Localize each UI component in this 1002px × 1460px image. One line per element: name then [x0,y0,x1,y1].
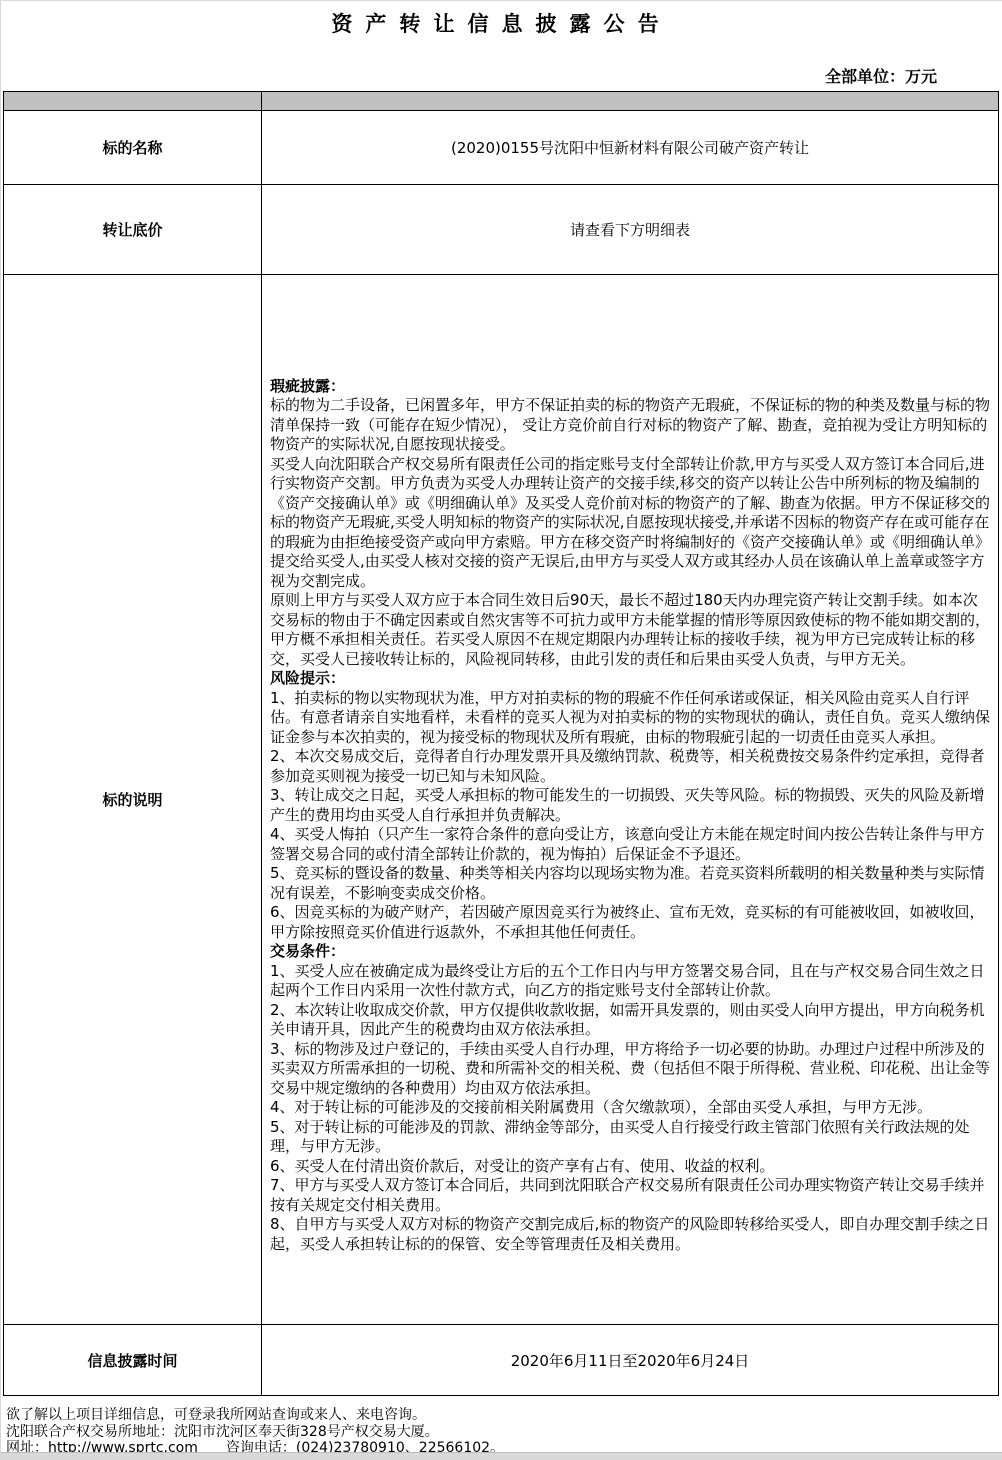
description-paragraph: 4、买受人悔拍（只产生一家符合条件的意向受让方，该意向受让方未能在规定时间内按公… [270,825,992,864]
subject-description-content: 瑕疵披露：标的物为二手设备，已闲置多年，甲方不保证拍卖的标的物资产无瑕疵，不保证… [270,377,992,1255]
announcement-table: 标的名称 (2020)0155号沈阳中恒新材料有限公司破产资产转让 转让底价 请… [3,91,999,1396]
description-paragraph: 6、买受人在付清出资价款后，对受让的资产享有占有、使用、收益的权利。 [270,1157,992,1177]
header-cell-label [4,92,262,111]
description-paragraph: 5、对于转让标的可能涉及的罚款、滞纳金等部分，由买受人自行接受行政主管部门依照有… [270,1118,992,1157]
description-paragraph: 3、标的物涉及过户登记的，手续由买受人自行办理，甲方将给予一切必要的协助。办理过… [270,1040,992,1099]
subject-name-label: 标的名称 [4,111,262,185]
table-header-row [4,92,999,111]
footer-note-line: 欲了解以上项目详细信息，可登录我所网站查询或来人、来电咨询。 [6,1407,1002,1424]
description-paragraph: 1、买受人应在被确定成为最终受让方后的五个工作日内与甲方签署交易合同，且在与产权… [270,962,992,1001]
footer-address-line: 沈阳联合产权交易所地址：沈阳市沈河区奉天街328号产权交易大厦。 [6,1424,1002,1441]
description-paragraph: 1、拍卖标的物以实物现状为准，甲方对拍卖标的物的瑕疵不作任何承诺或保证，相关风险… [270,689,992,748]
description-paragraph: 2、本次转让收取成交价款，甲方仅提供收款收据，如需开具发票的，则由买受人向甲方提… [270,1001,992,1040]
contact-footer: 欲了解以上项目详细信息，可登录我所网站查询或来人、来电咨询。 沈阳联合产权交易所… [1,1407,1002,1457]
description-paragraph: 4、对于转让标的可能涉及的交接前相关附属费用（含欠缴款项），全部由买受人承担，与… [270,1098,992,1118]
description-paragraph: 原则上甲方与买受人双方应于本合同生效日后90天，最长不超过180天内办理完资产转… [270,591,992,669]
subject-description-label: 标的说明 [4,275,262,1325]
description-paragraph: 2、本次交易成交后，竞得者自行办理发票开具及缴纳罚款、税费等，相关税费按交易条件… [270,747,992,786]
description-section-heading: 瑕疵披露： [270,377,992,397]
row-disclosure-period: 信息披露时间 2020年6月11日至2020年6月24日 [4,1325,999,1396]
description-paragraph: 3、转让成交之日起，买受人承担标的物可能发生的一切损毁、灭失等风险。标的物损毁、… [270,786,992,825]
subject-name-value: (2020)0155号沈阳中恒新材料有限公司破产资产转让 [262,111,999,185]
row-base-price: 转让底价 请查看下方明细表 [4,185,999,275]
base-price-label: 转让底价 [4,185,262,275]
base-price-value: 请查看下方明细表 [262,185,999,275]
description-section-heading: 风险提示： [270,669,992,689]
subject-description-cell: 瑕疵披露：标的物为二手设备，已闲置多年，甲方不保证拍卖的标的物资产无瑕疵，不保证… [262,275,999,1325]
disclosure-period-value: 2020年6月11日至2020年6月24日 [262,1325,999,1396]
description-paragraph: 买受人向沈阳联合产权交易所有限责任公司的指定账号支付全部转让价款,甲方与买受人双… [270,455,992,592]
description-paragraph: 6、因竞买标的为破产财产，若因破产原因竞买行为被终止、宣布无效，竞买标的有可能被… [270,903,992,942]
row-subject-name: 标的名称 (2020)0155号沈阳中恒新材料有限公司破产资产转让 [4,111,999,185]
header-cell-value [262,92,999,111]
description-paragraph: 5、竞买标的暨设备的数量、种类等相关内容均以现场实物为准。若竞买资料所载明的相关… [270,864,992,903]
row-subject-description: 标的说明 瑕疵披露：标的物为二手设备，已闲置多年，甲方不保证拍卖的标的物资产无瑕… [4,275,999,1325]
description-paragraph: 8、自甲方与买受人双方对标的物资产交割完成后,标的物资产的风险即转移给买受人，即… [270,1215,992,1254]
description-paragraph: 标的物为二手设备，已闲置多年，甲方不保证拍卖的标的物资产无瑕疵，不保证标的物的种… [270,396,992,455]
page-title: 资产转让信息披露公告 [1,8,1002,38]
disclosure-period-label: 信息披露时间 [4,1325,262,1396]
bottom-gray-strip [1,1452,1002,1460]
unit-note: 全部单位：万元 [1,64,1002,86]
description-paragraph: 7、甲方与买受人双方签订本合同后，共同到沈阳联合产权交易所有限责任公司办理实物资… [270,1176,992,1215]
description-section-heading: 交易条件： [270,942,992,962]
